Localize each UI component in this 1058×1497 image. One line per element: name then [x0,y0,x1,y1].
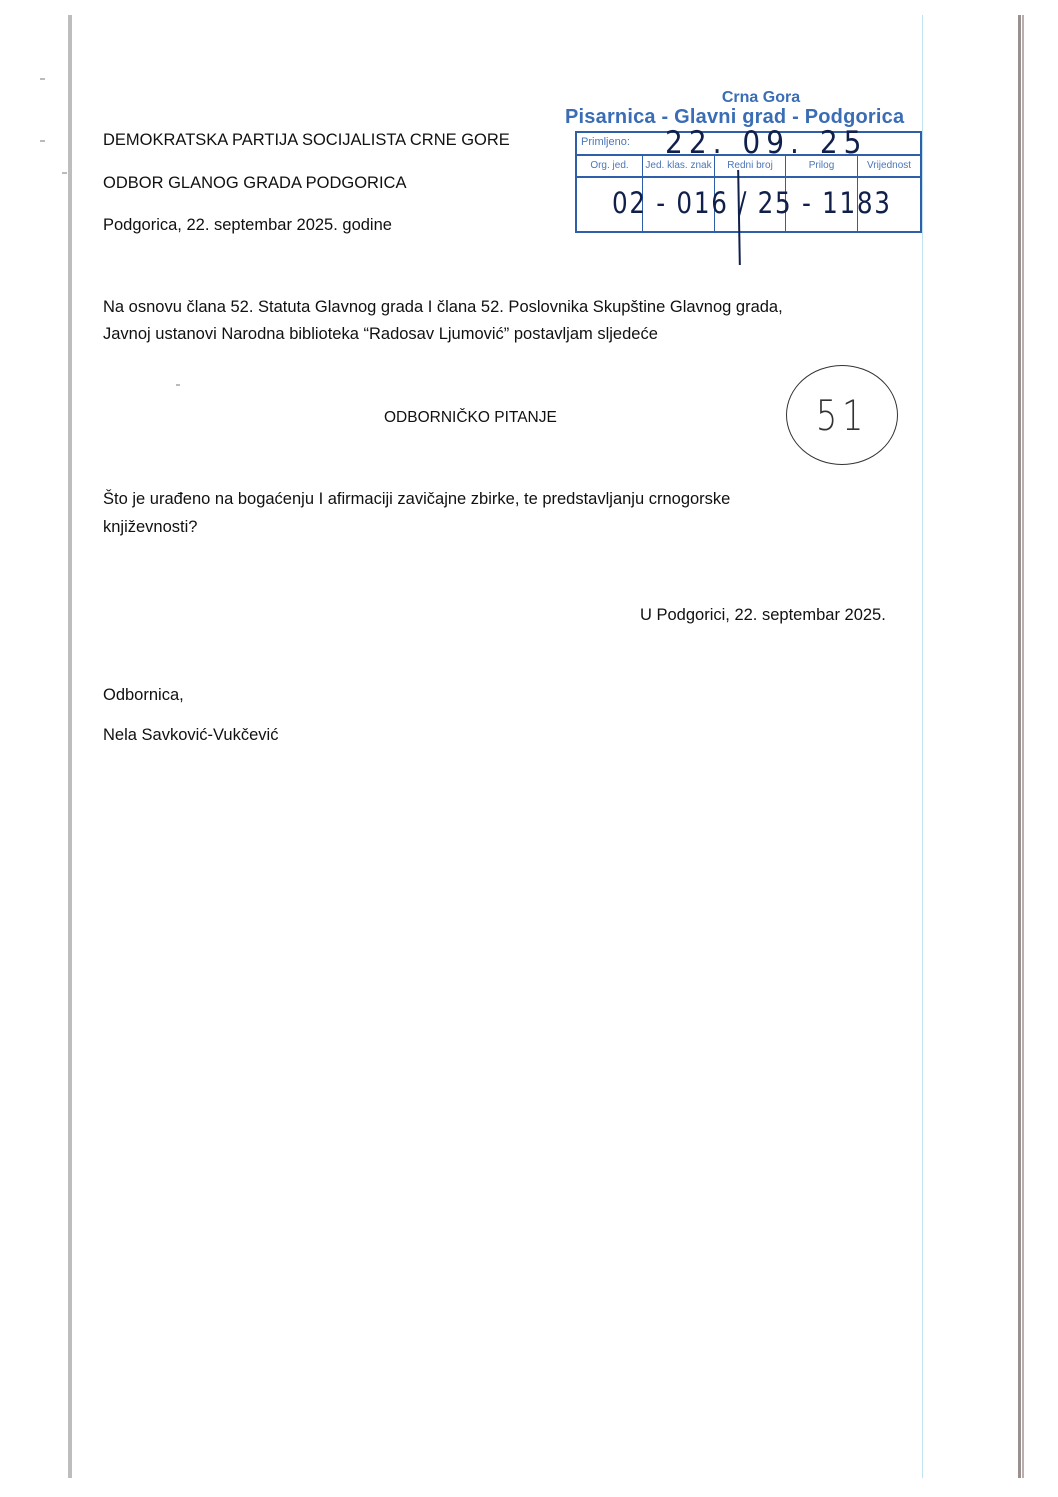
handwritten-registration-number: 02 - 016 / 25 - 1183 [612,186,892,220]
question-line-2: književnosti? [103,518,197,537]
document-page: DEMOKRATSKA PARTIJA SOCIJALISTA CRNE GOR… [0,0,1058,1497]
signer-name: Nela Savković-Vukčević [103,726,278,745]
scan-edge-left [68,15,72,1478]
signer-role: Odbornica, [103,686,184,705]
question-line-1: Što je urađeno na bogaćenju I afirmaciji… [103,490,730,509]
scan-speck [62,172,67,174]
intro-line-2: Javnoj ustanovi Narodna biblioteka “Rado… [103,325,658,344]
stamp-received-label: Primljeno: [581,136,630,148]
scan-edge-right-inner [1022,15,1024,1478]
header-place-date: Podgorica, 22. septembar 2025. godine [103,216,392,235]
committee-name: ODBOR GLANOG GRADA PODGORICA [103,174,406,193]
document-title: ODBORNIČKO PITANJE [384,409,557,427]
handwritten-received-date: 22. 09. 25 [665,124,868,160]
organization-name: DEMOKRATSKA PARTIJA SOCIJALISTA CRNE GOR… [103,131,510,150]
scan-speck [40,140,45,142]
stamp-country: Crna Gora [565,89,925,107]
circled-number: 51 [798,366,886,464]
scan-speck [176,384,180,386]
scan-edge-right [1018,15,1021,1478]
circled-number-annotation: 51 [786,365,898,465]
stamp-col-org: Org. jed. [577,156,643,176]
closing-place-date: U Podgorici, 22. septembar 2025. [640,606,886,625]
intro-line-1: Na osnovu člana 52. Statuta Glavnog grad… [103,298,783,317]
scan-speck [40,78,45,80]
